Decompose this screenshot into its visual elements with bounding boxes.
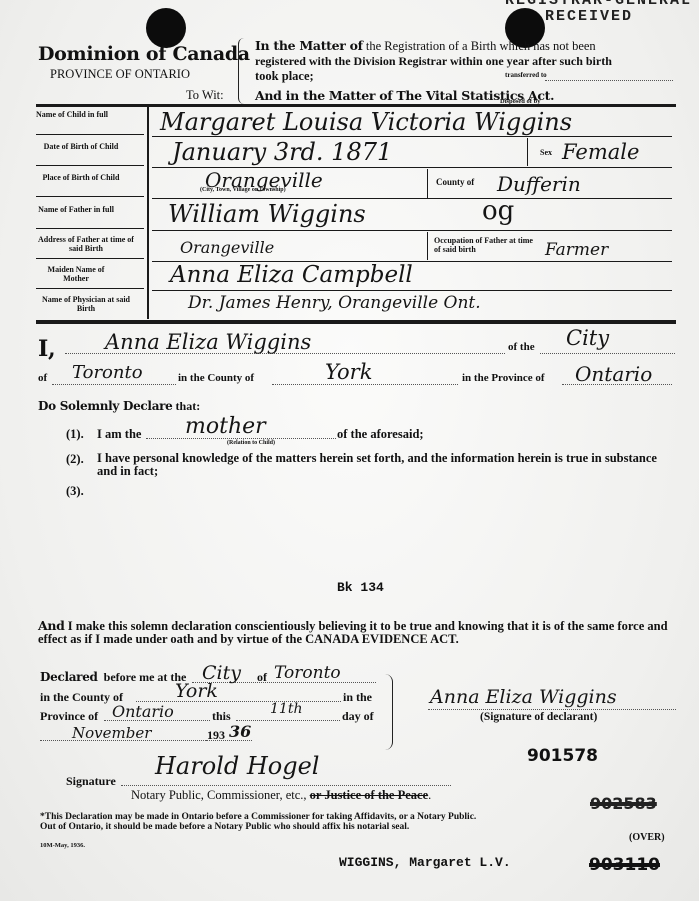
- declared-county: York: [175, 680, 218, 702]
- declarant-name-value: Anna Eliza Wiggins: [105, 330, 311, 354]
- declared-year-line: [206, 740, 252, 741]
- label-father-address: Address of Father at time of said Birth: [36, 235, 136, 253]
- dominion-title: Dominion of Canada: [38, 43, 250, 65]
- row-line-1: [152, 136, 672, 137]
- declared-of-label: of: [257, 670, 267, 685]
- to-wit-label: To Wit:: [186, 88, 224, 103]
- footer-note-line2: Out of Ontario, it should be made before…: [40, 822, 476, 832]
- label-underline-3: [36, 196, 144, 197]
- declared-this-label: this: [212, 709, 231, 724]
- municipality-type-line: [540, 353, 675, 354]
- declared-day: 11th: [270, 701, 302, 717]
- declared-row: Declared before me at the: [40, 670, 186, 685]
- over-label: (OVER): [629, 832, 665, 843]
- dob-value: January 3rd. 1871: [172, 138, 392, 166]
- label-underline-2: [36, 165, 144, 166]
- i-prefix: I,: [38, 336, 55, 362]
- city-value: Toronto: [72, 362, 143, 383]
- matter-line1: the Registration of a Birth which has no…: [366, 39, 596, 53]
- label-physician: Name of Physician at said Birth: [36, 295, 136, 313]
- declared-day-of-label: day of: [342, 709, 374, 724]
- relation-value: mother: [185, 414, 266, 439]
- label-dob: Date of Birth of Child: [36, 142, 126, 151]
- declared-in-the-label: in the: [343, 690, 372, 705]
- in-province-label: in the Province of: [462, 372, 545, 384]
- row-line-6: [152, 290, 672, 291]
- item2-number: (2).: [66, 452, 84, 467]
- county-divider: [427, 169, 428, 198]
- sex-label: Sex: [540, 148, 552, 157]
- place-of-birth-hint: (City, Town, Village or Township): [200, 187, 286, 193]
- index-name: WIGGINS, Margaret L.V.: [339, 855, 511, 870]
- row-line-3: [152, 198, 672, 199]
- municipality-type-value: City: [566, 326, 609, 350]
- occupation-value: Farmer: [545, 240, 608, 260]
- label-place-of-birth: Place of Birth of Child: [36, 173, 126, 182]
- struck-number-2: 903110: [589, 855, 660, 875]
- of-label: of: [38, 372, 47, 384]
- punch-hole-left: [146, 8, 186, 48]
- notary-signature: Harold Hogel: [155, 752, 319, 780]
- that-label: that:: [176, 399, 201, 413]
- registration-number: 901578: [527, 746, 598, 766]
- county-label: County of: [436, 177, 474, 187]
- label-child-name: Name of Child in full: [36, 110, 108, 119]
- item1-number: (1).: [66, 427, 84, 442]
- footer-note-line1: *This Declaration may be made in Ontario…: [40, 812, 476, 822]
- of-the-label: of the: [508, 341, 535, 353]
- notary-signature-line: [121, 785, 451, 786]
- form-code: 10M-May, 1936.: [40, 842, 85, 849]
- occupation-divider: [427, 232, 428, 260]
- label-underline-6: [36, 288, 144, 289]
- county-line: [272, 384, 458, 385]
- table-bottom-rule: [36, 320, 676, 324]
- signature-label: Signature: [66, 774, 116, 789]
- sex-value: Female: [562, 140, 639, 164]
- declarant-county-value: York: [325, 360, 372, 384]
- relation-hint: (Relation to Child): [227, 440, 275, 446]
- item2-text: I have personal knowledge of the matters…: [97, 452, 677, 478]
- declared-brace: [384, 674, 393, 750]
- solemnly-declare: Do Solemnly Declare that:: [38, 399, 200, 414]
- label-mother-maiden: Maiden Name of Mother: [36, 265, 116, 283]
- declared-province-of-label: Province of: [40, 709, 98, 724]
- matter-prefix: In the Matter of: [255, 38, 363, 53]
- book-reference: Bk 134: [337, 580, 384, 595]
- declared-label: Declared: [40, 670, 98, 684]
- notary-caption-row: Notary Public, Commissioner, etc., or Ju…: [131, 788, 431, 803]
- label-father-name: Name of Father in full: [36, 205, 116, 214]
- solemn-text: I make this solemn declaration conscient…: [38, 619, 668, 646]
- declarant-signature-caption: (Signature of declarant): [480, 711, 597, 723]
- item1-prefix: I am the: [97, 427, 141, 442]
- struck-number-1: 902583: [590, 794, 657, 814]
- solemn-declaration: And I make this solemn declaration consc…: [38, 619, 678, 646]
- declared-day-line: [236, 720, 340, 721]
- child-name-value: Margaret Louisa Victoria Wiggins: [160, 108, 572, 136]
- notary-struck: or Justice of the Peace: [310, 788, 428, 802]
- in-county-label: in the County of: [178, 372, 254, 384]
- declared-year-suffix: 36: [229, 722, 251, 741]
- transferred-to-line: [545, 80, 673, 81]
- header-brace: [238, 38, 245, 104]
- notary-caption: Notary Public, Commissioner, etc.,: [131, 788, 307, 802]
- declarant-province-value: Ontario: [575, 362, 652, 386]
- item3-number: (3).: [66, 484, 84, 499]
- father-name-annotation: og: [482, 196, 514, 226]
- declarant-signature-line: [428, 709, 676, 710]
- father-address-value: Orangeville: [180, 238, 274, 257]
- declared-month: November: [72, 724, 151, 742]
- footer-note: *This Declaration may be made in Ontario…: [40, 812, 476, 832]
- label-underline-5: [36, 258, 144, 259]
- matter-line2: registered with the Division Registrar w…: [255, 54, 612, 68]
- table-left-divider: [147, 107, 149, 319]
- occupation-label: Occupation of Father at time of said bir…: [434, 236, 539, 254]
- province-title: PROVINCE OF ONTARIO: [50, 67, 190, 82]
- label-underline-1: [36, 134, 144, 135]
- table-top-rule: [36, 104, 676, 107]
- declared-city: Toronto: [274, 663, 341, 683]
- solemnly-declare-label: Do Solemnly Declare: [38, 399, 173, 413]
- mother-maiden-value: Anna Eliza Campbell: [170, 262, 413, 288]
- matter-paragraph: In the Matter of the Registration of a B…: [255, 38, 675, 84]
- declared-province: Ontario: [112, 702, 174, 721]
- before-me-label: before me at the: [104, 670, 187, 684]
- received-stamp: RECEIVED: [545, 8, 633, 25]
- transferred-to-label: transferred to: [505, 71, 547, 79]
- physician-value: Dr. James Henry, Orangeville Ont.: [188, 293, 481, 313]
- and-label: And: [38, 618, 65, 633]
- item1-suffix: of the aforesaid;: [337, 427, 424, 442]
- label-underline-4: [36, 228, 144, 229]
- declarant-signature: Anna Eliza Wiggins: [430, 686, 617, 708]
- sex-divider: [527, 138, 528, 166]
- father-name-value: William Wiggins: [168, 200, 366, 228]
- birth-declaration-document: REGISTRAR-GENERAL RECEIVED Dominion of C…: [0, 0, 699, 901]
- county-value: Dufferin: [497, 172, 581, 196]
- row-line-4: [152, 230, 672, 231]
- declared-in-county-label: in the County of: [40, 690, 123, 705]
- city-line: [52, 384, 176, 385]
- matter-line3: took place;: [255, 69, 314, 83]
